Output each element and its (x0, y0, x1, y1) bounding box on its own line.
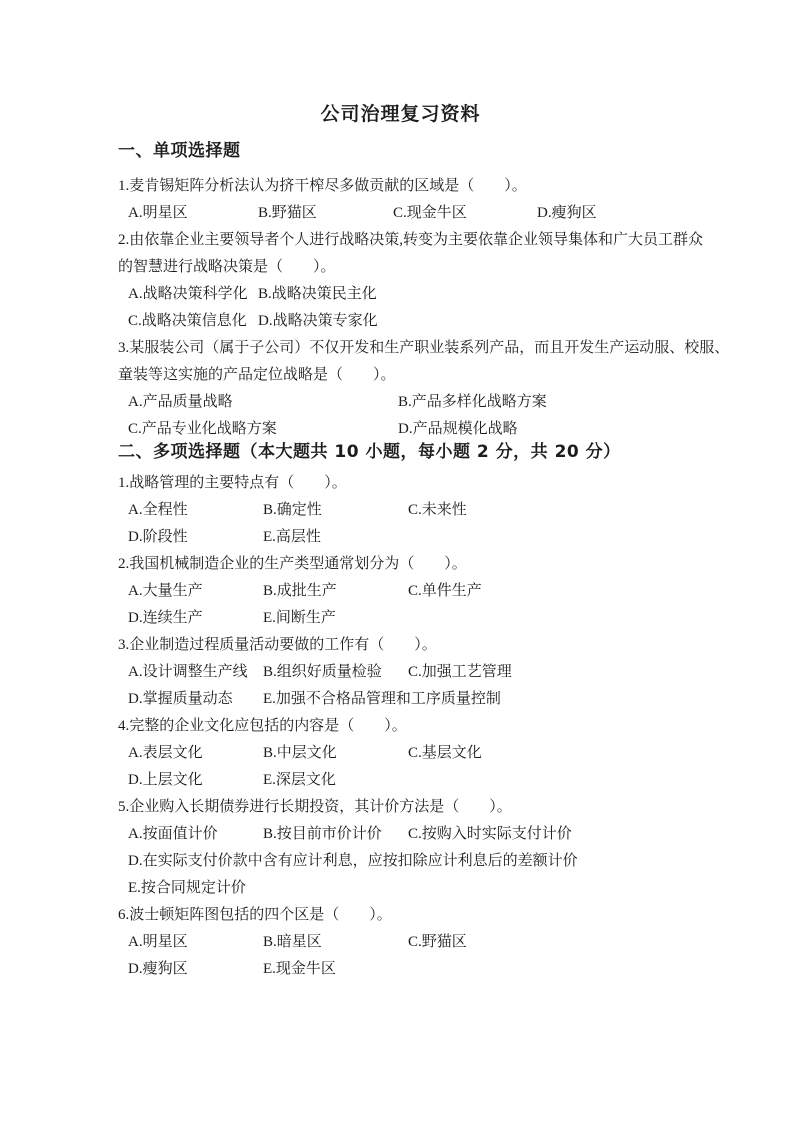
s1-q2-options-row-1: A.战略决策科学化 B.战略决策民主化 (118, 281, 683, 308)
s1-q3-text-line-2: 童装等这实施的产品定位战略是（ ）。 (118, 362, 683, 389)
option-d: D.上层文化 (128, 767, 203, 794)
s2-q4-options-row-2: D.上层文化 E.深层文化 (118, 767, 683, 794)
s1-q1-options-row: A.明星区 B.野猫区 C.现金牛区 D.瘦狗区 (118, 200, 683, 227)
option-c: C.产品专业化战略方案 (128, 416, 277, 443)
option-c: C.基层文化 (408, 740, 482, 767)
s2-q1-text: 1.战略管理的主要特点有（ ）。 (118, 470, 683, 497)
s1-q2-text-line-2: 的智慧进行战略决策是（ ）。 (118, 254, 683, 281)
section-2-heading: 二、多项选择题（本大题共 10 小题，每小题 2 分，共 20 分） (118, 439, 683, 466)
option-d: D.在实际支付价款中含有应计利息，应按扣除应计利息后的差额计价 (128, 848, 578, 875)
s2-q6-options-row-1: A.明星区 B.暗星区 C.野猫区 (118, 929, 683, 956)
option-d: D.产品规模化战略 (398, 416, 518, 443)
option-d: D.阶段性 (128, 524, 188, 551)
option-d: D.战略决策专家化 (258, 308, 378, 335)
option-b: B.暗星区 (263, 929, 322, 956)
s1-q3-options-row-1: A.产品质量战略 B.产品多样化战略方案 (118, 389, 683, 416)
option-b: B.确定性 (263, 497, 322, 524)
option-a: A.设计调整生产线 (128, 659, 248, 686)
option-d: D.连续生产 (128, 605, 203, 632)
option-e: E.深层文化 (263, 767, 336, 794)
option-a: A.产品质量战略 (128, 389, 233, 416)
option-d: D.瘦狗区 (537, 200, 597, 227)
option-d: D.掌握质量动态 (128, 686, 233, 713)
option-e: E.加强不合格品管理和工序质量控制 (263, 686, 501, 713)
option-c: C.野猫区 (408, 929, 467, 956)
s2-q2-options-row-2: D.连续生产 E.间断生产 (118, 605, 683, 632)
option-b: B.成批生产 (263, 578, 337, 605)
option-c: C.现金牛区 (393, 200, 467, 227)
s2-q4-options-row-1: A.表层文化 B.中层文化 C.基层文化 (118, 740, 683, 767)
option-d: D.瘦狗区 (128, 956, 188, 983)
option-c: C.战略决策信息化 (128, 308, 247, 335)
option-c: C.单件生产 (408, 578, 482, 605)
s1-q3-options-row-2: C.产品专业化战略方案 D.产品规模化战略 (118, 416, 683, 443)
option-e: E.按合同规定计价 (128, 875, 246, 902)
section-1-heading: 一、单项选择题 (118, 138, 683, 165)
s2-q5-options-row-3: E.按合同规定计价 (118, 875, 683, 902)
s1-q3-text-line-1: 3.某服装公司（属于子公司）不仅开发和生产职业装系列产品，而且开发生产运动服、校… (118, 335, 683, 362)
option-b: B.战略决策民主化 (258, 281, 377, 308)
option-e: E.现金牛区 (263, 956, 336, 983)
s1-q2-options-row-2: C.战略决策信息化 D.战略决策专家化 (118, 308, 683, 335)
option-a: A.表层文化 (128, 740, 203, 767)
document-title: 公司治理复习资料 (118, 100, 683, 128)
s2-q5-options-row-2: D.在实际支付价款中含有应计利息，应按扣除应计利息后的差额计价 (118, 848, 683, 875)
s2-q6-text: 6.波士顿矩阵图包括的四个区是（ ）。 (118, 902, 683, 929)
option-a: A.明星区 (128, 200, 188, 227)
option-e: E.高层性 (263, 524, 321, 551)
option-b: B.按目前市价计价 (263, 821, 382, 848)
option-a: A.全程性 (128, 497, 188, 524)
option-b: B.产品多样化战略方案 (398, 389, 547, 416)
option-e: E.间断生产 (263, 605, 336, 632)
option-c: C.按购入时实际支付计价 (408, 821, 572, 848)
document-page: 公司治理复习资料 一、单项选择题 1.麦肯锡矩阵分析法认为挤干榨尽多做贡献的区域… (0, 0, 793, 1122)
s1-q1-text: 1.麦肯锡矩阵分析法认为挤干榨尽多做贡献的区域是（ ）。 (118, 173, 683, 200)
s2-q5-text: 5.企业购入长期债券进行长期投资，其计价方法是（ ）。 (118, 794, 683, 821)
option-a: A.按面值计价 (128, 821, 218, 848)
option-c: C.加强工艺管理 (408, 659, 512, 686)
s2-q5-options-row-1: A.按面值计价 B.按目前市价计价 C.按购入时实际支付计价 (118, 821, 683, 848)
option-b: B.中层文化 (263, 740, 337, 767)
option-a: A.战略决策科学化 (128, 281, 248, 308)
s2-q2-options-row-1: A.大量生产 B.成批生产 C.单件生产 (118, 578, 683, 605)
s2-q3-options-row-1: A.设计调整生产线 B.组织好质量检验 C.加强工艺管理 (118, 659, 683, 686)
s2-q1-options-row-2: D.阶段性 E.高层性 (118, 524, 683, 551)
option-b: B.野猫区 (258, 200, 317, 227)
s2-q3-text: 3.企业制造过程质量活动要做的工作有（ ）。 (118, 632, 683, 659)
s2-q4-text: 4.完整的企业文化应包括的内容是（ ）。 (118, 713, 683, 740)
option-a: A.明星区 (128, 929, 188, 956)
s2-q3-options-row-2: D.掌握质量动态 E.加强不合格品管理和工序质量控制 (118, 686, 683, 713)
option-c: C.未来性 (408, 497, 467, 524)
option-a: A.大量生产 (128, 578, 203, 605)
s2-q1-options-row-1: A.全程性 B.确定性 C.未来性 (118, 497, 683, 524)
s2-q2-text: 2.我国机械制造企业的生产类型通常划分为（ ）。 (118, 551, 683, 578)
s2-q6-options-row-2: D.瘦狗区 E.现金牛区 (118, 956, 683, 983)
option-b: B.组织好质量检验 (263, 659, 382, 686)
s1-q2-text-line-1: 2.由依靠企业主要领导者个人进行战略决策,转变为主要依靠企业领导集体和广大员工群… (118, 227, 683, 254)
